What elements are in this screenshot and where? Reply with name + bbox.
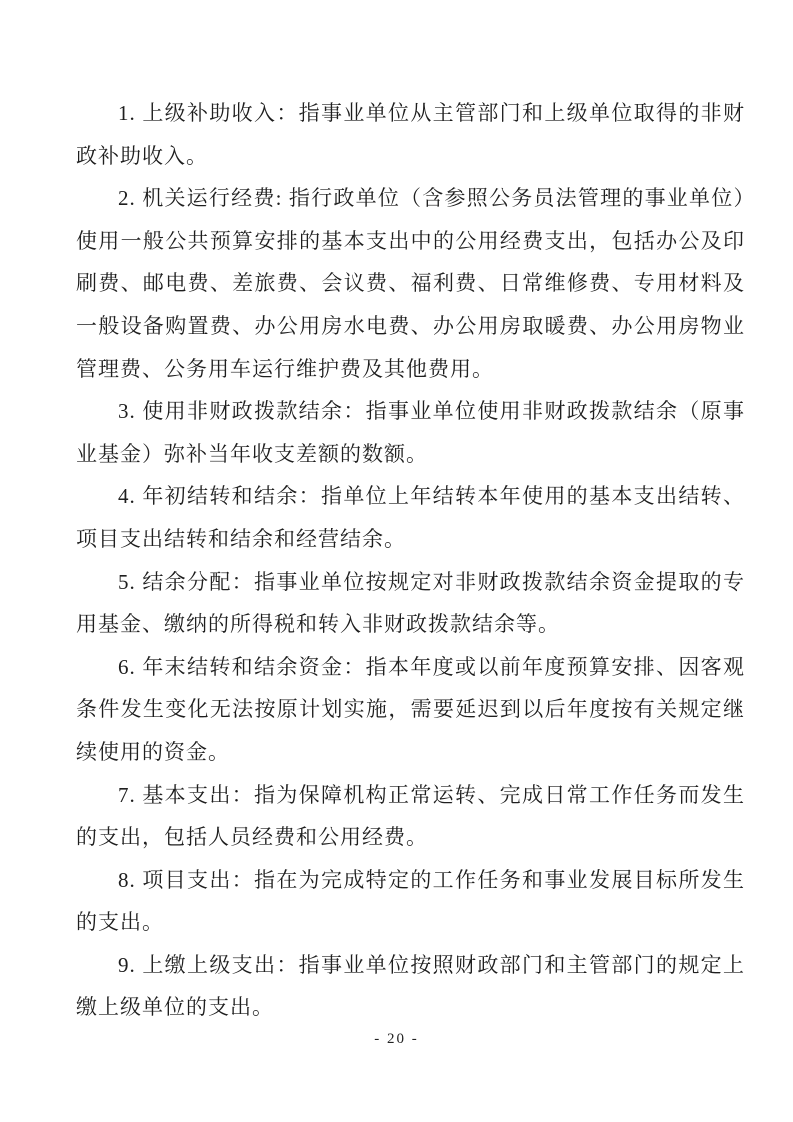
definition-paragraph-3: 3. 使用非财政拨款结余：指事业单位使用非财政拨款结余（原事业基金）弥补当年收支… xyxy=(76,390,745,475)
definition-paragraph-9: 9. 上缴上级支出：指事业单位按照财政部门和主管部门的规定上缴上级单位的支出。 xyxy=(76,944,745,1029)
definition-paragraph-8: 8. 项目支出：指在为完成特定的工作任务和事业发展目标所发生的支出。 xyxy=(76,859,745,944)
definition-paragraph-7: 7. 基本支出：指为保障机构正常运转、完成日常工作任务而发生的支出，包括人员经费… xyxy=(76,774,745,859)
page-number: - 20 - xyxy=(374,1031,419,1047)
definition-paragraph-4: 4. 年初结转和结余：指单位上年结转本年使用的基本支出结转、项目支出结转和结余和… xyxy=(76,475,745,560)
definition-paragraph-5: 5. 结余分配：指事业单位按规定对非财政拨款结余资金提取的专用基金、缴纳的所得税… xyxy=(76,561,745,646)
document-page: 1. 上级补助收入：指事业单位从主管部门和上级单位取得的非财政补助收入。 2. … xyxy=(0,0,793,1122)
definition-paragraph-6: 6. 年末结转和结余资金：指本年度或以前年度预算安排、因客观条件发生变化无法按原… xyxy=(76,646,745,774)
document-body: 1. 上级补助收入：指事业单位从主管部门和上级单位取得的非财政补助收入。 2. … xyxy=(76,92,745,1029)
definition-paragraph-1: 1. 上级补助收入：指事业单位从主管部门和上级单位取得的非财政补助收入。 xyxy=(76,92,745,177)
page-footer: - 20 - xyxy=(0,1031,793,1048)
definition-paragraph-2: 2. 机关运行经费: 指行政单位（含参照公务员法管理的事业单位）使用一般公共预算… xyxy=(76,177,745,390)
